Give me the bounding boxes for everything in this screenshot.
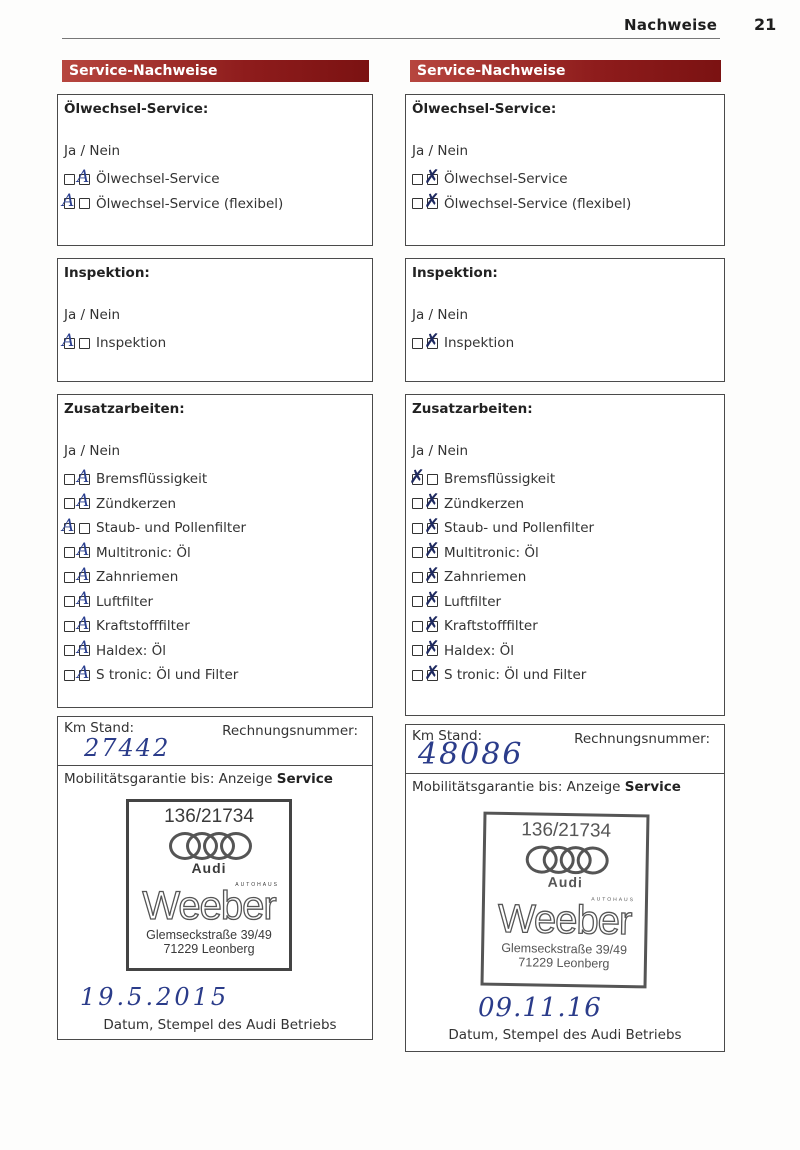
check-mark-icon: A xyxy=(62,193,74,210)
check-mark-icon: A xyxy=(77,169,89,186)
check-mark-icon: ✗ xyxy=(409,468,425,487)
check-mark-icon: A xyxy=(77,665,89,682)
yes-no-label: Ja / Nein xyxy=(412,443,718,459)
yes-checkbox[interactable] xyxy=(412,670,423,681)
stamp-brand: Audi xyxy=(485,873,645,892)
check-mark-icon: A xyxy=(77,469,89,486)
date-stamp-label: Datum, Stempel des Audi Betriebs xyxy=(58,1017,372,1033)
checklist-item-label: Ölwechsel-Service xyxy=(96,171,220,187)
yes-checkbox[interactable]: A xyxy=(64,198,75,209)
invoice-number-label: Rechnungsnummer: xyxy=(574,731,710,747)
oil-change-box: Ölwechsel-Service: Ja / Nein ✗Ölwechsel-… xyxy=(405,94,725,246)
checklist-item: AÖlwechsel-Service xyxy=(64,167,366,192)
check-mark-icon: A xyxy=(62,518,74,535)
checklist-item: AZündkerzen xyxy=(64,492,366,517)
no-checkbox[interactable]: ✗ xyxy=(427,338,438,349)
no-checkbox[interactable]: A xyxy=(79,645,90,656)
mileage-row: Km Stand: 48086 Rechnungsnummer: xyxy=(406,725,724,774)
service-record-2: Service-Nachweise Ölwechsel-Service: Ja … xyxy=(405,60,725,1052)
stamp-code: 136/21734 xyxy=(129,806,289,828)
yes-no-label: Ja / Nein xyxy=(64,443,366,459)
no-checkbox[interactable] xyxy=(79,338,90,349)
checklist-item-label: Haldex: Öl xyxy=(96,643,166,659)
checklist-item-label: S tronic: Öl und Filter xyxy=(96,667,238,683)
check-mark-icon: A xyxy=(62,333,74,350)
no-checkbox[interactable] xyxy=(79,198,90,209)
check-mark-icon: ✗ xyxy=(424,664,440,683)
yes-checkbox[interactable] xyxy=(412,621,423,632)
yes-checkbox[interactable] xyxy=(64,547,75,558)
no-checkbox[interactable]: ✗ xyxy=(427,670,438,681)
mobility-guarantee: Mobilitätsgarantie bis: Anzeige Service xyxy=(412,779,681,795)
checklist-item: AInspektion xyxy=(64,331,366,356)
checklist-item-label: Zahnriemen xyxy=(96,569,178,585)
checklist-item: ✗Multitronic: Öl xyxy=(412,541,718,566)
stamp-street: Glemseckstraße 39/49 xyxy=(484,941,644,958)
service-date[interactable]: 19.5.2015 xyxy=(80,983,229,1011)
yes-checkbox[interactable] xyxy=(64,498,75,509)
checklist-item-label: S tronic: Öl und Filter xyxy=(444,667,586,683)
checklist-item: AÖlwechsel-Service (flexibel) xyxy=(64,192,366,217)
audi-rings-icon xyxy=(525,845,605,872)
checklist-item: ✗S tronic: Öl und Filter xyxy=(412,663,718,688)
inspection-heading: Inspektion: xyxy=(64,265,366,281)
additional-work-box: Zusatzarbeiten: Ja / Nein ✗Bremsflüssigk… xyxy=(405,394,725,716)
checklist-item-label: Staub- und Pollenfilter xyxy=(444,520,594,536)
mobility-service: Service xyxy=(277,771,333,787)
check-mark-icon: ✗ xyxy=(424,332,440,351)
checklist-item: ✗Zündkerzen xyxy=(412,492,718,517)
checklist-item-label: Luftfilter xyxy=(444,594,501,610)
stamp-city: 71229 Leonberg xyxy=(129,942,289,956)
checklist-item: ✗Luftfilter xyxy=(412,590,718,615)
no-checkbox[interactable]: A xyxy=(79,621,90,632)
checklist-item-label: Ölwechsel-Service (flexibel) xyxy=(444,196,631,212)
service-date[interactable]: 09.11.16 xyxy=(478,993,602,1023)
no-checkbox[interactable]: A xyxy=(79,670,90,681)
oil-change-heading: Ölwechsel-Service: xyxy=(412,101,718,117)
no-checkbox[interactable]: ✗ xyxy=(427,547,438,558)
no-checkbox[interactable]: A xyxy=(79,596,90,607)
check-mark-icon: ✗ xyxy=(424,615,440,634)
oil-change-box: Ölwechsel-Service: Ja / Nein AÖlwechsel-… xyxy=(57,94,373,246)
yes-no-label: Ja / Nein xyxy=(412,307,718,323)
no-checkbox[interactable]: ✗ xyxy=(427,572,438,583)
check-mark-icon: ✗ xyxy=(424,639,440,658)
checklist-item-label: Kraftstofffilter xyxy=(444,618,538,634)
stamp-city: 71229 Leonberg xyxy=(484,955,644,972)
checklist-item-label: Ölwechsel-Service xyxy=(444,171,568,187)
checklist-item-label: Zündkerzen xyxy=(96,496,176,512)
stamp-street: Glemseckstraße 39/49 xyxy=(129,928,289,942)
no-checkbox[interactable]: ✗ xyxy=(427,621,438,632)
yes-checkbox[interactable] xyxy=(64,596,75,607)
mobility-service: Service xyxy=(625,779,681,795)
yes-checkbox[interactable] xyxy=(64,621,75,632)
mileage-value[interactable]: 27442 xyxy=(84,734,170,762)
check-mark-icon: A xyxy=(77,542,89,559)
yes-no-label: Ja / Nein xyxy=(64,143,366,159)
yes-no-label: Ja / Nein xyxy=(64,307,366,323)
yes-checkbox[interactable] xyxy=(412,338,423,349)
inspection-box: Inspektion: Ja / Nein ✗Inspektion xyxy=(405,258,725,382)
checklist-item: ✗Ölwechsel-Service (flexibel) xyxy=(412,192,718,217)
checklist-item-label: Zündkerzen xyxy=(444,496,524,512)
mobility-label: Mobilitätsgarantie bis: Anzeige xyxy=(64,771,273,787)
no-checkbox[interactable]: ✗ xyxy=(427,198,438,209)
checklist-item-label: Inspektion xyxy=(444,335,514,351)
checklist-item-label: Multitronic: Öl xyxy=(444,545,539,561)
checklist-item-label: Bremsflüssigkeit xyxy=(444,471,555,487)
mobility-guarantee: Mobilitätsgarantie bis: Anzeige Service xyxy=(64,771,333,787)
checklist-item-label: Multitronic: Öl xyxy=(96,545,191,561)
checklist-item-label: Staub- und Pollenfilter xyxy=(96,520,246,536)
checklist-item: AZahnriemen xyxy=(64,565,366,590)
stamp-box: Km Stand: 48086 Rechnungsnummer: Mobilit… xyxy=(405,724,725,1052)
yes-checkbox[interactable] xyxy=(412,547,423,558)
checklist-item-label: Ölwechsel-Service (flexibel) xyxy=(96,196,283,212)
stamp-box: Km Stand: 27442 Rechnungsnummer: Mobilit… xyxy=(57,716,373,1040)
yes-checkbox[interactable] xyxy=(412,198,423,209)
date-stamp-label: Datum, Stempel des Audi Betriebs xyxy=(406,1027,724,1043)
page-header: Nachweise 21 xyxy=(620,14,790,40)
stamp-dealer-name: Weeber xyxy=(129,888,289,924)
dealer-stamp: 136/21734 Audi AUTOHAUS Weeber Glemsecks… xyxy=(126,799,292,971)
yes-checkbox[interactable]: ✗ xyxy=(412,474,423,485)
dealer-stamp: 136/21734 Audi AUTOHAUS Weeber Glemsecks… xyxy=(480,812,649,989)
service-record-1: Service-Nachweise Ölwechsel-Service: Ja … xyxy=(57,60,373,1040)
checklist-item: ALuftfilter xyxy=(64,590,366,615)
no-checkbox[interactable]: ✗ xyxy=(427,174,438,185)
check-mark-icon: ✗ xyxy=(424,168,440,187)
yes-checkbox[interactable] xyxy=(412,572,423,583)
checklist-item: AKraftstofffilter xyxy=(64,614,366,639)
stamp-code: 136/21734 xyxy=(486,819,646,844)
no-checkbox[interactable]: A xyxy=(79,547,90,558)
yes-checkbox[interactable] xyxy=(412,596,423,607)
checklist-item-label: Luftfilter xyxy=(96,594,153,610)
checklist-item: AStaub- und Pollenfilter xyxy=(64,516,366,541)
no-checkbox[interactable]: ✗ xyxy=(427,645,438,656)
yes-checkbox[interactable] xyxy=(64,670,75,681)
no-checkbox[interactable]: A xyxy=(79,498,90,509)
invoice-number-label: Rechnungsnummer: xyxy=(222,723,358,739)
check-mark-icon: ✗ xyxy=(424,590,440,609)
yes-checkbox[interactable] xyxy=(412,523,423,534)
check-mark-icon: ✗ xyxy=(424,566,440,585)
checklist-item: ✗Kraftstofffilter xyxy=(412,614,718,639)
stamp-dealer-name: Weeber xyxy=(484,901,645,940)
header-divider xyxy=(62,38,720,39)
audi-rings-icon xyxy=(169,832,249,858)
yes-checkbox[interactable] xyxy=(64,645,75,656)
no-checkbox[interactable] xyxy=(79,523,90,534)
section-title: Nachweise xyxy=(624,16,717,34)
check-mark-icon: A xyxy=(77,640,89,657)
checklist-item-label: Haldex: Öl xyxy=(444,643,514,659)
checklist-item: ✗Zahnriemen xyxy=(412,565,718,590)
yes-checkbox[interactable]: A xyxy=(64,338,75,349)
checklist-item: ✗Bremsflüssigkeit xyxy=(412,467,718,492)
mileage-row: Km Stand: 27442 Rechnungsnummer: xyxy=(58,717,372,766)
inspection-box: Inspektion: Ja / Nein AInspektion xyxy=(57,258,373,382)
check-mark-icon: A xyxy=(77,616,89,633)
yes-checkbox[interactable] xyxy=(64,572,75,583)
inspection-heading: Inspektion: xyxy=(412,265,718,281)
no-checkbox[interactable]: A xyxy=(79,572,90,583)
checklist-item-label: Bremsflüssigkeit xyxy=(96,471,207,487)
yes-checkbox[interactable] xyxy=(412,174,423,185)
check-mark-icon: A xyxy=(77,493,89,510)
yes-checkbox[interactable] xyxy=(64,474,75,485)
checklist-item-label: Kraftstofffilter xyxy=(96,618,190,634)
additional-work-heading: Zusatzarbeiten: xyxy=(64,401,366,417)
yes-checkbox[interactable]: A xyxy=(64,523,75,534)
yes-checkbox[interactable] xyxy=(412,645,423,656)
no-checkbox[interactable]: ✗ xyxy=(427,523,438,534)
yes-checkbox[interactable] xyxy=(64,174,75,185)
checklist-item: ✗Ölwechsel-Service xyxy=(412,167,718,192)
checklist-item-label: Inspektion xyxy=(96,335,166,351)
section-banner: Service-Nachweise xyxy=(410,60,721,82)
checklist-item: ✗Inspektion xyxy=(412,331,718,356)
oil-change-heading: Ölwechsel-Service: xyxy=(64,101,366,117)
checklist-item: AS tronic: Öl und Filter xyxy=(64,663,366,688)
page-number: 21 xyxy=(754,15,776,34)
checklist-item: ABremsflüssigkeit xyxy=(64,467,366,492)
check-mark-icon: ✗ xyxy=(424,541,440,560)
checklist-item: ✗Haldex: Öl xyxy=(412,639,718,664)
no-checkbox[interactable]: A xyxy=(79,474,90,485)
mileage-value[interactable]: 48086 xyxy=(418,737,523,772)
yes-checkbox[interactable] xyxy=(412,498,423,509)
no-checkbox[interactable]: ✗ xyxy=(427,498,438,509)
checklist-item: AMultitronic: Öl xyxy=(64,541,366,566)
checklist-item: AHaldex: Öl xyxy=(64,639,366,664)
no-checkbox[interactable]: A xyxy=(79,174,90,185)
additional-work-heading: Zusatzarbeiten: xyxy=(412,401,718,417)
checklist-item-label: Zahnriemen xyxy=(444,569,526,585)
no-checkbox[interactable] xyxy=(427,474,438,485)
section-banner: Service-Nachweise xyxy=(62,60,369,82)
no-checkbox[interactable]: ✗ xyxy=(427,596,438,607)
mobility-label: Mobilitätsgarantie bis: Anzeige xyxy=(412,779,621,795)
check-mark-icon: ✗ xyxy=(424,192,440,211)
check-mark-icon: ✗ xyxy=(424,517,440,536)
yes-no-label: Ja / Nein xyxy=(412,143,718,159)
additional-work-box: Zusatzarbeiten: Ja / Nein ABremsflüssigk… xyxy=(57,394,373,708)
stamp-brand: Audi xyxy=(129,860,289,876)
check-mark-icon: A xyxy=(77,567,89,584)
check-mark-icon: ✗ xyxy=(424,492,440,511)
checklist-item: ✗Staub- und Pollenfilter xyxy=(412,516,718,541)
check-mark-icon: A xyxy=(77,591,89,608)
